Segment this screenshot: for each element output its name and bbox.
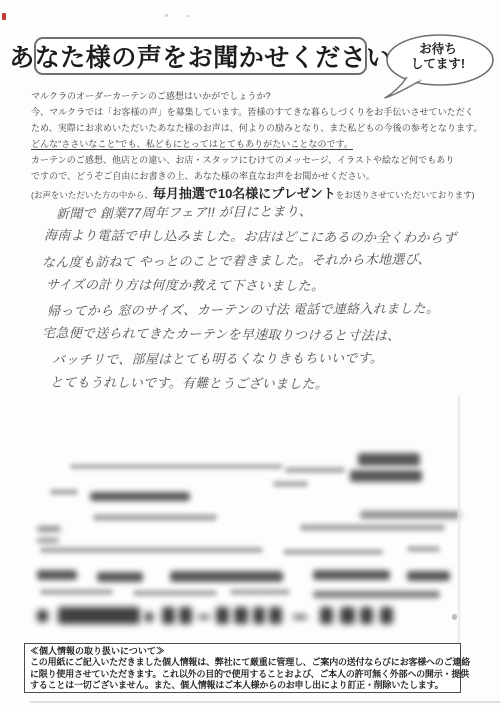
redacted-text-block bbox=[407, 571, 450, 581]
form-title: あなた様の声をお聞かせください bbox=[9, 38, 392, 74]
intro-line: カーテンのご感想、他店との違い、お店・スタッフにむけてのメッセージ、イラストや絵… bbox=[31, 152, 476, 168]
scan-bottom-line bbox=[30, 701, 500, 703]
redacted-text-block bbox=[360, 511, 460, 519]
redacted-text-block bbox=[37, 570, 77, 580]
form-title-box: あなた様の声をお聞かせください bbox=[34, 37, 367, 75]
redacted-text-block bbox=[273, 481, 308, 487]
redacted-phone-digits bbox=[58, 607, 140, 624]
red-scan-mark bbox=[2, 13, 6, 20]
redacted-phone-digits bbox=[360, 607, 373, 624]
handwritten-line: 宅急便で送られてきたカーテンを早速取りつけると寸法は、 bbox=[42, 321, 472, 349]
redacted-text-block bbox=[285, 467, 345, 473]
handwritten-line: サイズの計り方は何度か教えて下さいました。 bbox=[46, 272, 472, 299]
scanned-feedback-form: あなた様の声をお聞かせください お待ち してます! マルクラのオーダーカーテンの… bbox=[0, 0, 500, 706]
redacted-text-block bbox=[37, 538, 59, 543]
redacted-phone-digits bbox=[162, 607, 175, 624]
intro-paragraph: マルクラのオーダーカーテンのご感想はいかがでしょうか? 今、マルクラでは「お客様… bbox=[31, 88, 476, 205]
redacted-text-block bbox=[300, 524, 445, 531]
privacy-notice-box: ≪個人情報の取り扱いについて≫ この用紙にご記入いただきました個人情報は、弊社に… bbox=[24, 643, 461, 693]
redacted-handwritten-name bbox=[358, 453, 420, 466]
handwritten-line: なん度も訪ねて やっとのことで着きました。それから木地選び、 bbox=[42, 247, 472, 275]
redacted-phone-digits bbox=[380, 607, 393, 624]
redacted-speck bbox=[452, 614, 457, 620]
speech-bubble-line2: してます! bbox=[393, 57, 483, 72]
redacted-text-block bbox=[313, 570, 390, 580]
redacted-phone-digits bbox=[269, 607, 282, 624]
intro-line: 今、マルクラでは「お客様の声」を募集しています。皆様のすてきな暮らしづくりをお手… bbox=[31, 104, 476, 120]
speech-bubble-text: お待ち してます! bbox=[393, 42, 483, 72]
prize-prefix: (お声をいただいた方の中から、 bbox=[31, 190, 153, 200]
redacted-phone-digits bbox=[320, 607, 333, 624]
privacy-line: することは一切ございません。また、個人情報はご本人様からのお申し出により訂正・削… bbox=[30, 680, 455, 692]
redacted-text-block bbox=[170, 571, 283, 582]
handwritten-feedback: 新聞で 創業77周年フェア!! が目にとまり、 海南より電話で申し込みました。お… bbox=[42, 200, 472, 396]
privacy-line: に限り使用させていただきます。これ以外の目的で使用することおよび、ご本人の許可無… bbox=[30, 669, 455, 681]
redacted-text-block bbox=[283, 549, 383, 555]
redacted-phone-digits bbox=[253, 607, 265, 624]
handwritten-line: バッチリで、部屋はとても明るくなりきもちいいです。 bbox=[52, 346, 472, 373]
scan-speck bbox=[165, 14, 168, 17]
redacted-text-block bbox=[313, 591, 440, 598]
scan-speck bbox=[186, 15, 190, 17]
redacted-text-block bbox=[90, 492, 190, 501]
redacted-text-block bbox=[133, 590, 217, 596]
redacted-phone-digits bbox=[145, 612, 153, 622]
intro-line: マルクラのオーダーカーテンのご感想はいかがでしょうか? bbox=[31, 88, 476, 104]
handwritten-line: 新聞で 創業77周年フェア!! が目にとまり、 bbox=[56, 198, 472, 227]
redacted-phone-digits bbox=[234, 607, 248, 624]
redacted-phone-digits bbox=[37, 610, 48, 622]
redacted-text-block bbox=[50, 489, 78, 495]
handwritten-line: 帰ってから 窓のサイズ、カーテンの寸法 電話で連絡入れました。 bbox=[47, 297, 472, 324]
handwritten-line: とてもうれしいです。有難とうございました。 bbox=[50, 370, 472, 397]
intro-line: ため、実際にお求めいただいたあなた様のお声は、何よりの励みとなり、また私どもの今… bbox=[31, 120, 476, 136]
redacted-phone-digits bbox=[340, 607, 355, 624]
intro-line: ですので、どうぞご自由にお書きの上、あなた様の率直なお声をお聞かせください。 bbox=[31, 168, 476, 184]
redacted-phone-digits bbox=[216, 607, 229, 624]
redacted-phone-digits bbox=[179, 607, 192, 624]
redacted-text-block bbox=[37, 526, 61, 532]
redacted-text-block bbox=[230, 589, 290, 595]
speech-bubble-line1: お待ち bbox=[393, 42, 483, 57]
redacted-text-block bbox=[97, 572, 143, 582]
redacted-handwritten-name bbox=[350, 470, 422, 482]
redacted-phone-dash bbox=[198, 615, 210, 619]
privacy-title: ≪個人情報の取り扱いについて≫ bbox=[30, 646, 455, 657]
redacted-text-block bbox=[93, 514, 217, 521]
redacted-text-block bbox=[70, 464, 283, 469]
redacted-phone-dash bbox=[293, 615, 307, 619]
privacy-line: この用紙にご記入いただきました個人情報は、弊社にて厳重に管理し、ご案内の送付なら… bbox=[30, 657, 455, 669]
redacted-text-block bbox=[40, 547, 263, 553]
intro-line-underlined: どんな“ささいなこと”でも、私どもにとってはとてもありがたいことなのです。 bbox=[31, 136, 476, 152]
handwritten-line: 海南より電話で申し込みました。お店はどこにあるのか全くわからず bbox=[44, 223, 472, 250]
redacted-text-block bbox=[407, 546, 440, 552]
redacted-text-block bbox=[40, 589, 113, 595]
